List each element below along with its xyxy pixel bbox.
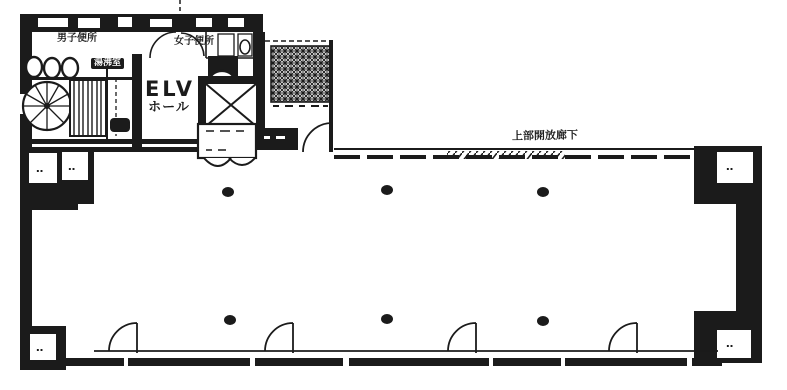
service-shaft-box-top-right [716, 151, 754, 184]
kitchenette-label: 湯沸室 [91, 58, 124, 69]
mens-toilet-label: 男子便所 [46, 34, 108, 45]
elevator-hall-label-line2: ホール [136, 101, 202, 115]
shaft-box-glyph-top-right: ‥ [726, 161, 734, 172]
balcony-door-arcs [109, 323, 637, 353]
interior-column-dots [222, 185, 549, 326]
spiral-stair-icon [23, 82, 71, 132]
north-corridor-band [334, 149, 700, 159]
open-corridor-label: 上部開放廊下 [494, 129, 596, 142]
shaft-box-glyph-left-a: ‥ [36, 163, 44, 174]
womens-toilet-label: 女子便所 [163, 37, 225, 48]
shaft-box-glyph-bottom-left: ‥ [36, 342, 44, 353]
straight-stair-icon [70, 80, 106, 136]
elevator-hall-label-line1: ELV [140, 78, 200, 100]
south-window-wall [56, 351, 722, 362]
kitchenette-room [107, 60, 130, 140]
urinal-fixture-icons [26, 57, 78, 78]
shaft-box-glyph-bottom-right: ‥ [726, 338, 734, 349]
core-entrance-vestibule [198, 124, 298, 166]
right-perimeter-walls [694, 146, 762, 363]
core-entry-door-arc [303, 123, 332, 152]
floorplan-page: ELV ホール 男子便所 女子便所 湯沸室 上部開放廊下 ‥ ‥ ‥ ‥ ‥ [0, 0, 787, 390]
left-perimeter-walls [20, 148, 94, 370]
shaft-box-glyph-left-b: ‥ [68, 161, 76, 172]
